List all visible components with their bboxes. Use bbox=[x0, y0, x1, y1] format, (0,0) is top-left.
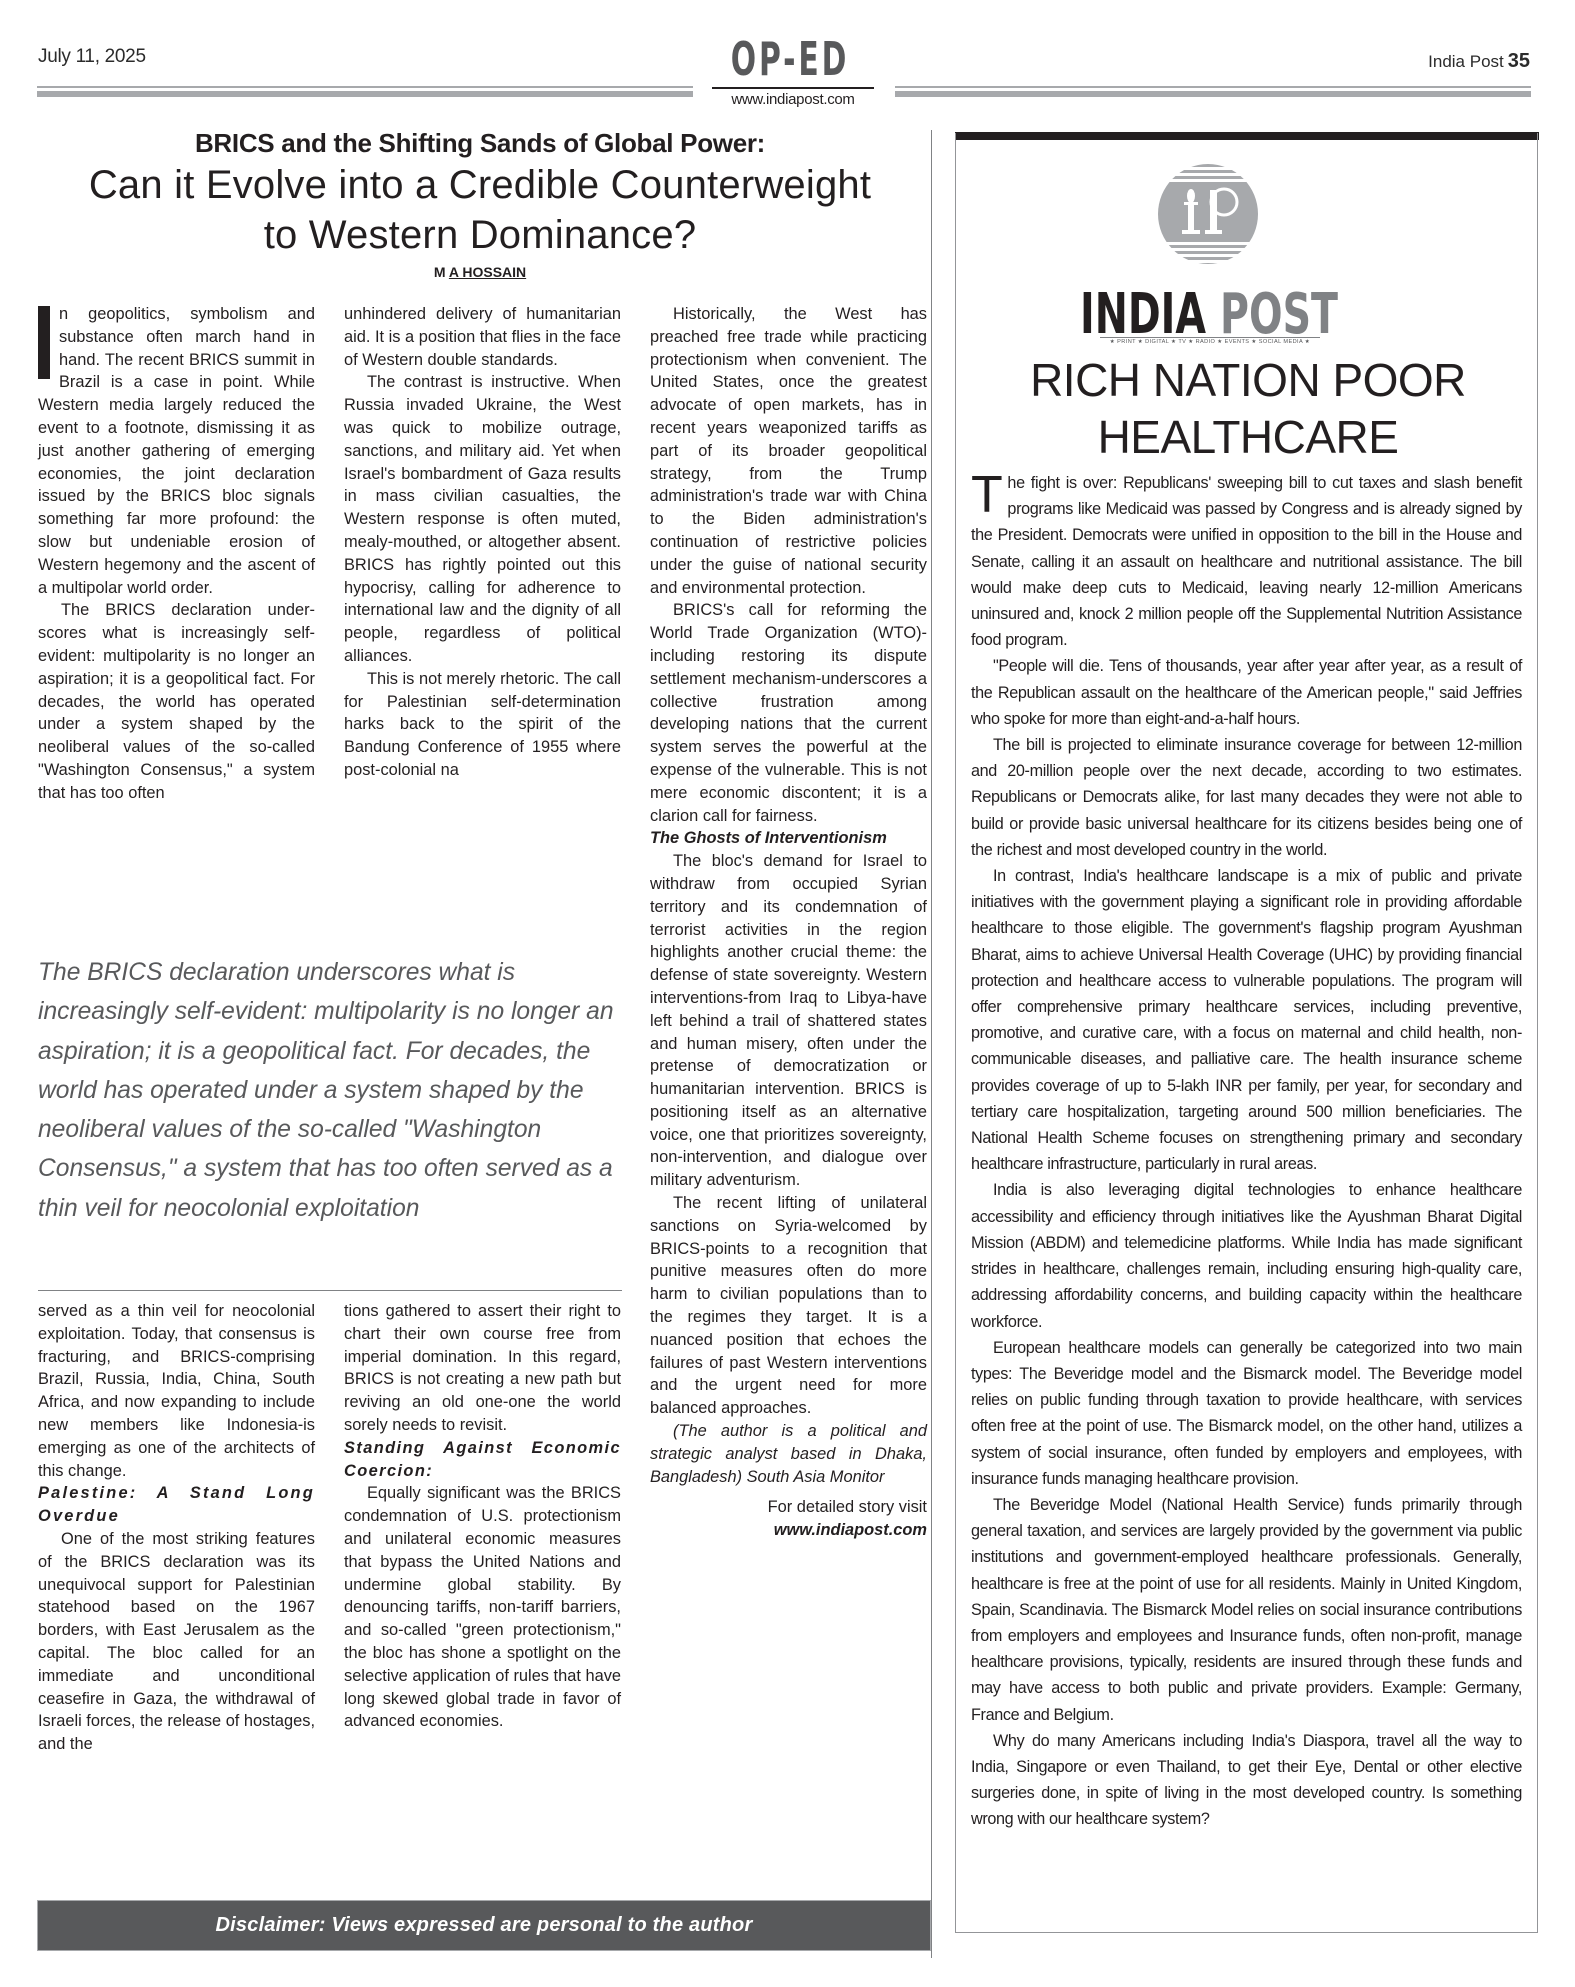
paragraph: The bloc's demand for Israel to withdraw… bbox=[650, 850, 927, 1192]
masthead-rule bbox=[37, 86, 693, 88]
paragraph: Historically, the West has preached free… bbox=[650, 303, 927, 599]
article-column-2: unhindered delivery of humanitar­ian aid… bbox=[344, 303, 621, 782]
pull-quote: The BRICS declaration underscores what i… bbox=[38, 953, 628, 1228]
paragraph: India is also leveraging digital technol… bbox=[971, 1177, 1522, 1334]
paragraph: The recent lifting of unilateral sanctio… bbox=[650, 1192, 927, 1420]
paragraph: One of the most striking fea­tures of th… bbox=[38, 1528, 315, 1756]
more-story-link[interactable]: www.indiapost.com bbox=[650, 1519, 927, 1542]
masthead-rule bbox=[895, 91, 1531, 97]
subheading: Standing Against Economic Coercion: bbox=[344, 1437, 621, 1483]
page-number: 35 bbox=[1508, 50, 1530, 72]
article-headline: Can it Evolve into a Credible Counterwei… bbox=[30, 160, 930, 260]
sidebar-title: RICH NATION POOR HEALTHCARE bbox=[958, 352, 1538, 466]
article-column-2-continued: tions gathered to assert their right to … bbox=[344, 1300, 621, 1733]
svg-text:INDIA: INDIA bbox=[1080, 283, 1206, 339]
paragraph: Equally significant was the BRICS condem… bbox=[344, 1482, 621, 1733]
headline-line: to Western Dominance? bbox=[264, 213, 697, 257]
article-column-3: Historically, the West has preached free… bbox=[650, 303, 927, 1542]
masthead-rule bbox=[37, 91, 693, 97]
subheading: The Ghosts of Interventionism bbox=[650, 827, 927, 850]
india-post-wordmark-logo: INDIA POST bbox=[1080, 283, 1340, 339]
column-divider bbox=[931, 130, 932, 1958]
paragraph: Why do many Americans including India's … bbox=[971, 1728, 1522, 1833]
paragraph: he fight is over: Republicans' sweeping … bbox=[971, 470, 1522, 653]
paragraph: "People will die. Tens of thousands, yea… bbox=[971, 653, 1522, 732]
title-line: HEALTHCARE bbox=[1098, 411, 1399, 463]
svg-text:POST: POST bbox=[1220, 283, 1338, 339]
disclaimer-banner: Disclaimer: Views expressed are personal… bbox=[37, 1900, 931, 1951]
article-column-1-continued: served as a thin veil for neocolo­nial e… bbox=[38, 1300, 315, 1756]
url-rule bbox=[712, 87, 874, 89]
article-kicker: BRICS and the Shifting Sands of Global P… bbox=[30, 128, 930, 159]
paragraph: The bill is projected to eliminate insur… bbox=[971, 732, 1522, 863]
paragraph: The BRICS declaration under­scores what … bbox=[38, 599, 315, 804]
page-info: India Post35 bbox=[1428, 50, 1530, 73]
pull-quote-rule bbox=[38, 1290, 622, 1291]
paragraph: unhindered delivery of humanitar­ian aid… bbox=[344, 303, 621, 371]
paragraph: served as a thin veil for neocolo­nial e… bbox=[38, 1300, 315, 1482]
masthead-rule bbox=[895, 86, 1531, 88]
headline-line: Can it Evolve into a Credible Counterwei… bbox=[89, 163, 871, 207]
author-name: A HOSSAIN bbox=[449, 264, 526, 280]
paragraph: n geopolitics, symbolism and substance o… bbox=[38, 303, 315, 599]
more-story-label: For detailed story visit bbox=[650, 1496, 927, 1519]
paragraph: In contrast, India's healthcare landscap… bbox=[971, 863, 1522, 1177]
paragraph: This is not merely rhetoric. The call fo… bbox=[344, 668, 621, 782]
wordmark-tagline: ★ PRINT ★ DIGITAL ★ TV ★ RADIO ★ EVENTS … bbox=[1100, 337, 1320, 345]
title-line: RICH NATION POOR bbox=[1030, 354, 1466, 406]
masthead: July 11, 2025 OP-ED www.indiapost.com In… bbox=[0, 0, 1575, 120]
byline: M A HOSSAIN bbox=[30, 264, 930, 280]
article-column-1: n geopolitics, symbolism and substance o… bbox=[38, 303, 315, 805]
sidebar-body: T he fight is over: Republicans' sweepin… bbox=[971, 470, 1522, 1833]
paragraph: European healthcare models can generally… bbox=[971, 1335, 1522, 1492]
publication-name: India Post bbox=[1428, 52, 1504, 71]
paragraph: tions gathered to assert their right to … bbox=[344, 1300, 621, 1437]
india-post-emblem-icon bbox=[1158, 158, 1258, 270]
paragraph: The contrast is instructive. When Russia… bbox=[344, 371, 621, 667]
dropcap-t: T bbox=[971, 473, 1002, 517]
dropcap-i bbox=[38, 306, 50, 379]
paragraph: The Beveridge Model (National Health Ser… bbox=[971, 1492, 1522, 1728]
issue-date: July 11, 2025 bbox=[38, 46, 146, 68]
section-title: OP-ED bbox=[725, 36, 855, 82]
subheading: Palestine: A Stand Long Overdue bbox=[38, 1482, 315, 1528]
byline-initial: M bbox=[434, 264, 446, 280]
website-link[interactable]: www.indiapost.com bbox=[700, 91, 886, 108]
author-note: (The author is a political and strategic… bbox=[650, 1420, 927, 1488]
paragraph: BRICS's call for reforming the World Tra… bbox=[650, 599, 927, 827]
